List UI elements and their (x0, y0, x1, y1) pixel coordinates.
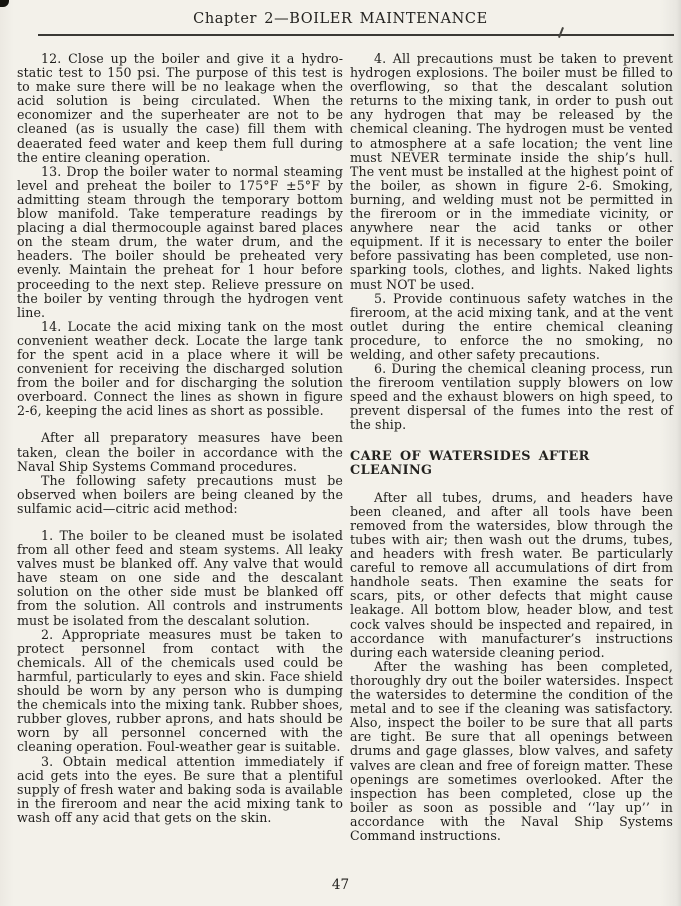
paragraph-preparatory: After all preparatory measures have been… (17, 431, 343, 473)
section-heading-care-of-watersides: CARE OF WATERSIDES AFTER CLEANING (350, 450, 673, 478)
paragraph-precaution-2: 2. Appropriate measures must be taken to… (17, 628, 343, 755)
page-number: 47 (0, 877, 681, 893)
paragraph-watersides-2: After the washing has been completed, th… (350, 660, 673, 843)
paragraph-12: 12. Close up the boiler and give it a hy… (17, 52, 343, 165)
manual-page: Chapter 2—BOILER MAINTENANCE 12. Close u… (0, 0, 681, 906)
scan-corner-artifact (0, 0, 9, 7)
right-column: 4. All precautions must be taken to prev… (350, 52, 673, 843)
paragraph-precaution-5: 5. Provide continuous safety watches in … (350, 292, 673, 362)
paragraph-watersides-1: After all tubes, drums, and headers have… (350, 491, 673, 660)
paragraph-14: 14. Locate the acid mixing tank on the m… (17, 320, 343, 419)
paragraph-safety-intro: The following safety precautions must be… (17, 474, 343, 516)
paragraph-precaution-3: 3. Obtain medical attention immediately … (17, 755, 343, 825)
paragraph-13: 13. Drop the boiler water to normal stea… (17, 165, 343, 320)
chapter-header: Chapter 2—BOILER MAINTENANCE (0, 11, 681, 27)
rule-tick-artifact (558, 27, 564, 38)
left-column: 12. Close up the boiler and give it a hy… (17, 52, 343, 825)
paragraph-precaution-1: 1. The boiler to be cleaned must be isol… (17, 529, 343, 628)
paragraph-precaution-4: 4. All precautions must be taken to prev… (350, 52, 673, 292)
header-rule (38, 34, 674, 36)
paragraph-precaution-6: 6. During the chemical cleaning process,… (350, 362, 673, 432)
